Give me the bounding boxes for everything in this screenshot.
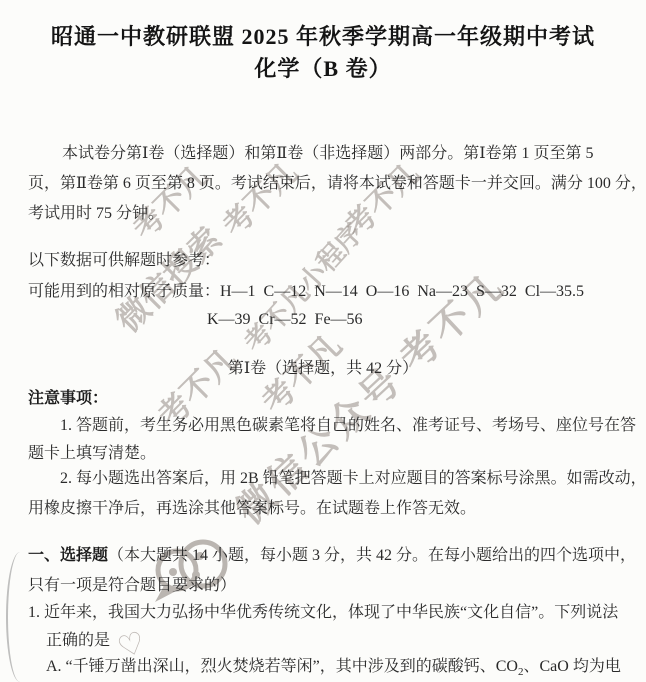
note1-line-1: 1. 答题前，考生务必用黑色碳素笔将自己的姓名、准考证号、考场号、座位号在答 <box>60 415 636 437</box>
reference-data-note: 以下数据可供解题时参考： <box>28 250 220 272</box>
intro-line-3: 考试用时 75 分钟。 <box>28 203 164 225</box>
question1-option-a: A. “千锤万凿出深山，烈火焚烧若等闲”，其中涉及到的碳酸钙、CO2、CaO 均… <box>46 656 621 682</box>
exam-title-line2: 化学（B 卷） <box>0 58 646 80</box>
part1-desc-line-1: （本大题共 14 小题，每小题 3 分，共 42 分。在每小题给出的四个选项中， <box>108 547 636 564</box>
section1-heading: 第Ⅰ卷（选择题，共 42 分） <box>0 358 646 380</box>
part1-heading-line: 一、选择题（本大题共 14 小题，每小题 3 分，共 42 分。在每小题给出的四… <box>28 545 636 567</box>
exam-title-line1: 昭通一中教研联盟 2025 年秋季学期高一年级期中考试 <box>0 26 646 48</box>
notes-heading: 注意事项： <box>28 388 108 410</box>
atomic-mass-line-2: K—39 Cr—52 Fe—56 <box>207 309 363 331</box>
part1-desc-line-2: 只有一项是符合题目要求的） <box>28 575 236 597</box>
watermark-text: 考不凡 <box>121 153 216 248</box>
intro-line-2: 页，第Ⅱ卷第 6 页至第 8 页。考试结束后，请将本试卷和答题卡一并交回。满分 … <box>28 173 646 195</box>
intro-line-1: 本试卷分第Ⅰ卷（选择题）和第Ⅱ卷（非选择题）两部分。第Ⅰ卷第 1 页至第 5 <box>62 143 594 165</box>
question1-line-1: 1. 近年来，我国大力弘扬中华优秀传统文化，体现了中华民族“文化自信”。下列说法 <box>28 602 618 624</box>
atomic-mass-line-1: 可能用到的相对原子质量：H—1 C—12 N—14 O—16 Na—23 S—3… <box>28 281 584 303</box>
option-a-text-end: 、CaO 均为电 <box>524 658 621 675</box>
note2-line-1: 2. 每小题选出答案后，用 2B 铅笔把答题卡上对应题目的答案标号涂黑。如需改动… <box>60 468 646 490</box>
question1-line-2: 正确的是 <box>46 630 110 652</box>
note1-line-2: 题卡上填写清楚。 <box>28 443 156 465</box>
exam-paper-page: 考不凡 考不凡 考不凡 微信搜索 考不凡小程序 考不凡 考不凡 微信公众号 考不… <box>0 0 646 682</box>
option-a-text: A. “千锤万凿出深山，烈火焚烧若等闲”，其中涉及到的碳酸钙、CO <box>46 658 518 675</box>
note2-line-2: 用橡皮擦干净后，再选涂其他答案标号。在试题卷上作答无效。 <box>28 498 476 520</box>
part1-label: 一、选择题 <box>28 547 108 564</box>
